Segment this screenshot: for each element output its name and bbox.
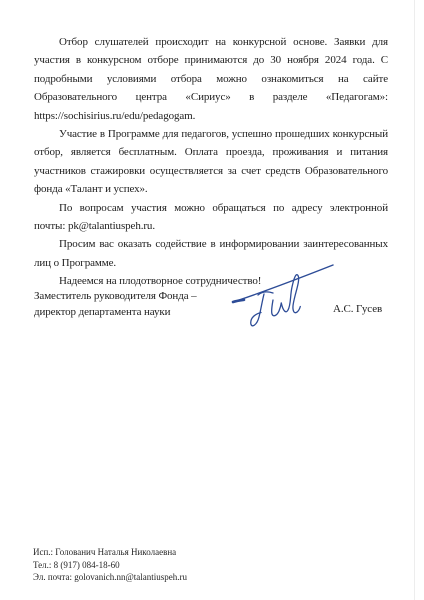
letter-paragraph-1: Отбор слушателей происходит на конкурсно… (34, 33, 388, 125)
letter-paragraph-2: Участие в Программе для педагогов, успеш… (34, 125, 388, 199)
executor-phone-line: Тел.: 8 (917) 084-18-60 (33, 559, 187, 572)
handwritten-signature-ink (228, 256, 356, 338)
letter-page: Отбор слушателей происходит на конкурсно… (0, 0, 424, 600)
letter-body: Отбор слушателей происходит на конкурсно… (34, 33, 388, 291)
executor-name-line: Исп.: Голованич Наталья Николаевна (33, 546, 187, 559)
signatory-title-line2: директор департамента науки (34, 304, 197, 320)
executor-footer: Исп.: Голованич Наталья Николаевна Тел.:… (33, 546, 187, 584)
signatory-title: Заместитель руководителя Фонда – директо… (34, 288, 197, 320)
letter-paragraph-3: По вопросам участия можно обращаться по … (34, 199, 388, 236)
signatory-name: А.С. Гусев (333, 303, 382, 315)
executor-email-line: Эл. почта: golovanich.nn@talantiuspeh.ru (33, 571, 187, 584)
page-edge-line (414, 0, 415, 600)
signatory-title-line1: Заместитель руководителя Фонда – (34, 288, 197, 304)
